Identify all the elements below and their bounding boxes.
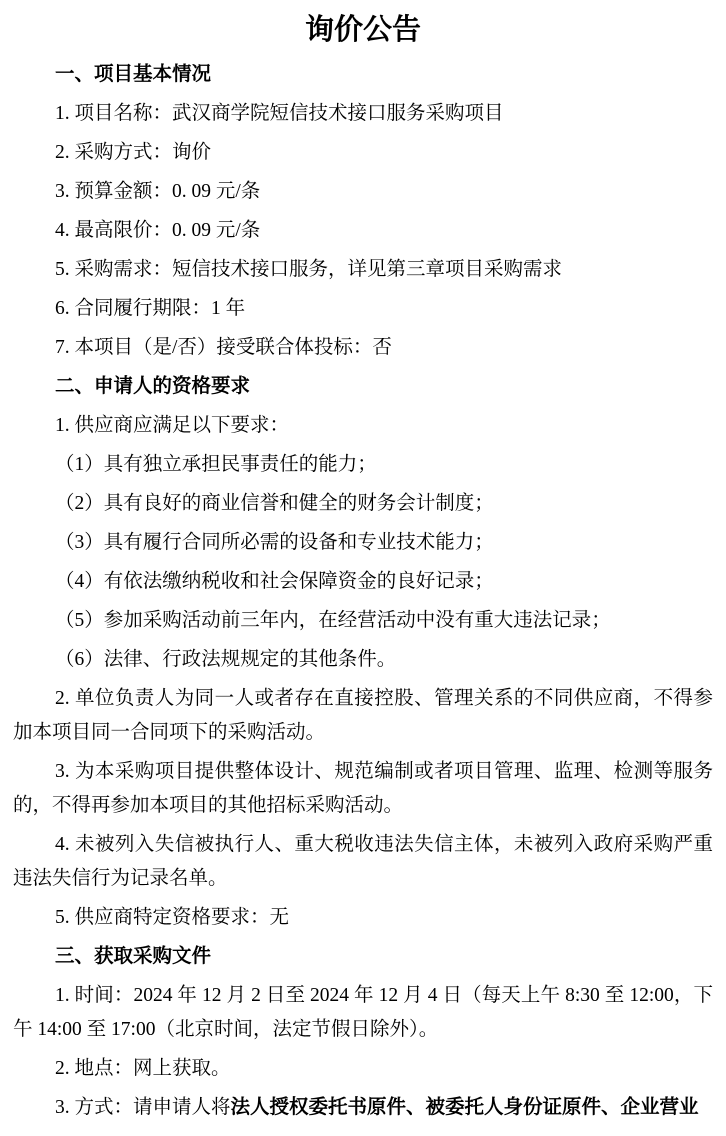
para-design-service-restriction: 3. 为本采购项目提供整体设计、规范编制或者项目管理、监理、检测等服务的，不得再… xyxy=(13,755,713,823)
para-qualification-6: （6）法律、行政法规规定的其他条件。 xyxy=(13,643,713,677)
para-obtain-place: 2. 地点：网上获取。 xyxy=(13,1052,713,1086)
obtain-method-prefix: 3. 方式：请申请人将 xyxy=(55,1097,231,1118)
section-3-heading: 三、获取采购文件 xyxy=(13,940,713,974)
para-contract-period: 6. 合同履行期限：1 年 xyxy=(13,292,713,326)
para-budget-amount: 3. 预算金额：0. 09 元/条 xyxy=(13,175,713,209)
para-qualification-5: （5）参加采购活动前三年内，在经营活动中没有重大违法记录； xyxy=(13,604,713,638)
para-obtain-method: 3. 方式：请申请人将法人授权委托书原件、被委托人身份证原件、企业营业 xyxy=(13,1091,713,1125)
para-procurement-demand: 5. 采购需求：短信技术接口服务，详见第三章项目采购需求 xyxy=(13,253,713,287)
para-qualification-2: （2）具有良好的商业信誉和健全的财务会计制度； xyxy=(13,487,713,521)
para-project-name: 1. 项目名称：武汉商学院短信技术接口服务采购项目 xyxy=(13,97,713,131)
section-1-heading: 一、项目基本情况 xyxy=(13,58,713,92)
inquiry-announcement-document: 询价公告 一、项目基本情况 1. 项目名称：武汉商学院短信技术接口服务采购项目 … xyxy=(0,0,726,1125)
para-consortium-bid: 7. 本项目（是/否）接受联合体投标：否 xyxy=(13,331,713,365)
para-supplier-requirements-intro: 1. 供应商应满足以下要求： xyxy=(13,409,713,443)
para-obtain-time: 1. 时间：2024 年 12 月 2 日至 2024 年 12 月 4 日（每… xyxy=(13,979,713,1047)
para-max-price: 4. 最高限价：0. 09 元/条 xyxy=(13,214,713,248)
section-2-heading: 二、申请人的资格要求 xyxy=(13,370,713,404)
page-title: 询价公告 xyxy=(13,10,713,50)
para-procurement-method: 2. 采购方式：询价 xyxy=(13,136,713,170)
para-specific-qualification: 5. 供应商特定资格要求：无 xyxy=(13,901,713,935)
obtain-method-bold-text: 法人授权委托书原件、被委托人身份证原件、企业营业 xyxy=(231,1097,699,1118)
para-qualification-3: （3）具有履行合同所必需的设备和专业技术能力； xyxy=(13,526,713,560)
para-same-leader-restriction: 2. 单位负责人为同一人或者存在直接控股、管理关系的不同供应商，不得参加本项目同… xyxy=(13,682,713,750)
para-dishonesty-restriction: 4. 未被列入失信被执行人、重大税收违法失信主体，未被列入政府采购严重违法失信行… xyxy=(13,828,713,896)
para-qualification-4: （4）有依法缴纳税收和社会保障资金的良好记录； xyxy=(13,565,713,599)
para-qualification-1: （1）具有独立承担民事责任的能力； xyxy=(13,448,713,482)
